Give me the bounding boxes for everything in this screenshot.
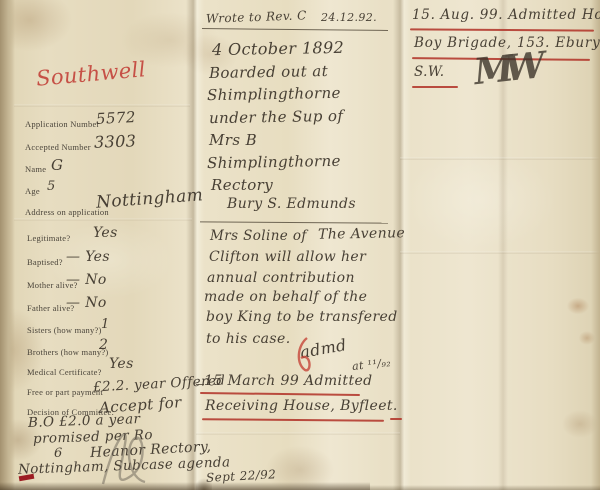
note-line: annual contribution — [207, 270, 355, 286]
fold-crease-left — [186, 0, 204, 490]
field-label-sisters: Sisters (how many?) — [27, 325, 102, 335]
field-value-application-number: 5572 — [96, 108, 137, 128]
note-line: Clifton will allow her — [209, 249, 366, 265]
entry-line: under the Sup of — [209, 107, 344, 127]
field-label-payment: Free or part payment — [27, 387, 103, 397]
field-label-brothers: Brothers (how many?) — [27, 347, 108, 357]
fold-crease-right — [393, 0, 411, 490]
note-line: made on behalf of the — [204, 289, 367, 305]
field-label-medical-certificate: Medical Certificate? — [27, 367, 102, 377]
torn-edge — [0, 0, 15, 490]
crease-line — [14, 218, 192, 221]
entry-line: Shimplingthorne — [207, 152, 341, 172]
crease-line — [400, 251, 600, 254]
field-label-baptised: Baptised? — [27, 257, 63, 267]
field-value-mother-alive: — No — [66, 272, 107, 288]
field-label-age: Age — [25, 186, 40, 196]
entry-line: Rectory — [211, 176, 273, 194]
field-label-accepted-number: Accepted Number — [25, 142, 91, 152]
field-value-brothers: 2 — [99, 337, 108, 353]
header-date: 24.12.92. — [321, 11, 377, 24]
admitted-march-line: 15 March 99 Admitted — [204, 373, 373, 389]
field-value-name: G — [51, 156, 63, 174]
entry-line: Bury S. Edmunds — [227, 196, 356, 212]
decision-line: 6 — [54, 446, 63, 461]
field-value-medical-certificate: Yes — [109, 356, 134, 372]
field-value-baptised: — Yes — [66, 249, 110, 265]
field-value-father-alive: — No — [66, 295, 107, 311]
field-label-name: Name — [25, 164, 46, 174]
paper-edge — [591, 0, 600, 490]
crease-line — [14, 104, 190, 107]
entry-line: 4 October 1892 — [212, 38, 344, 59]
red-pencil-mark — [293, 336, 317, 378]
crease-line — [400, 157, 600, 160]
district-initials: S.W. — [414, 64, 444, 80]
note-line: Mrs Soline of — [210, 228, 307, 244]
field-value-age: 5 — [47, 179, 56, 194]
note-line: boy King to be transfered — [206, 309, 398, 325]
entry-line: Mrs B — [209, 131, 257, 149]
note-line: The Avenue — [318, 225, 405, 243]
crease-line — [196, 432, 400, 435]
field-value-accepted-number: 3303 — [94, 131, 137, 151]
entry-line: Boarded out at — [209, 62, 328, 82]
ink-dash — [196, 384, 204, 385]
field-value-sisters: 1 — [101, 317, 110, 332]
bottom-shadow — [370, 485, 600, 490]
field-value-legitimate: Yes — [93, 225, 118, 241]
receiving-house-line: Receiving House, Byfleet. — [205, 398, 398, 414]
pencil-scribble — [85, 418, 200, 490]
note-line: to his case. — [206, 331, 291, 347]
red-dash — [390, 418, 402, 420]
field-label-legitimate: Legitimate? — [27, 233, 70, 243]
entry-line: Shimplingthorne — [207, 84, 341, 104]
monogram-signature: MW — [472, 45, 538, 93]
document-photo: Southwell Application Number 5572 Accept… — [0, 0, 600, 490]
field-label-application-number: Application Number — [25, 119, 100, 129]
red-underline — [412, 86, 458, 88]
admitted-aug-line1: 15. Aug. 99. Admitted House- — [412, 7, 600, 23]
